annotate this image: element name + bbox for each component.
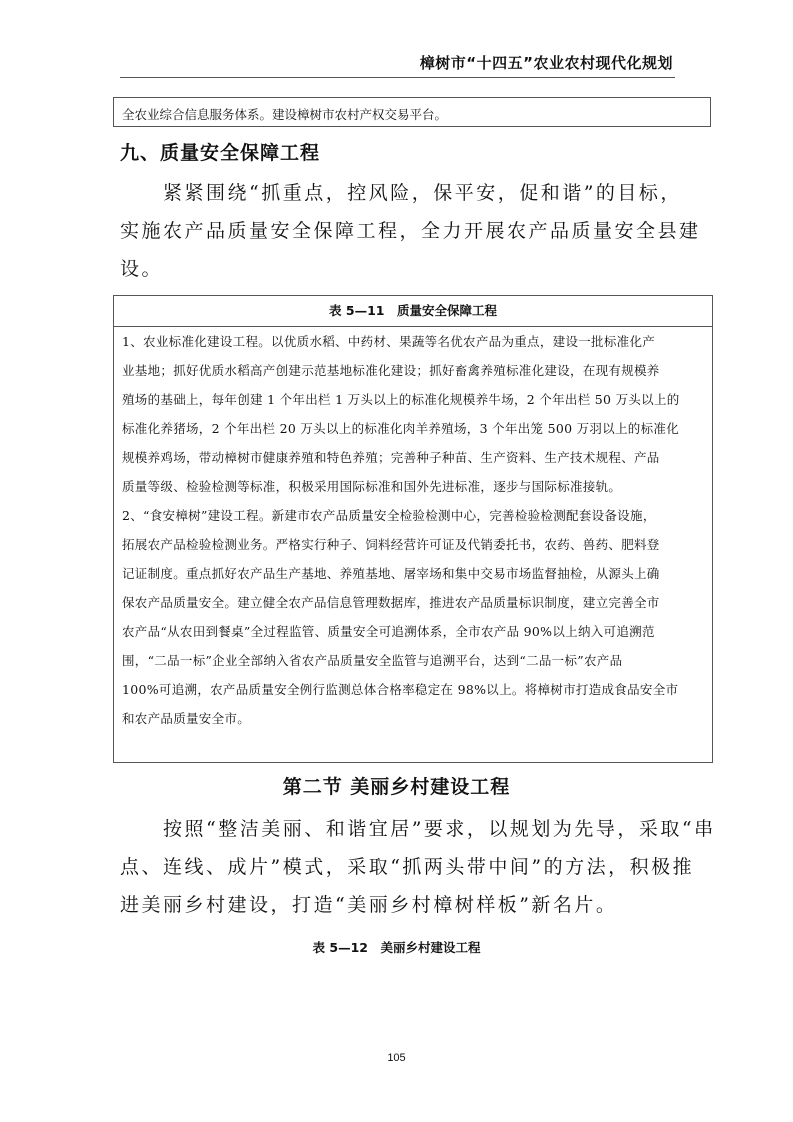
paragraph-line: 紧紧围绕“抓重点，控风险，保平安，促和谐”的目标， [120,174,680,212]
paragraph-line: 实施农产品质量安全保障工程，全力开展农产品质量安全县建 [120,212,680,250]
table-line: 拓展农产品检验检测业务。严格实行种子、饲料经营许可证及代销委托书，农药、兽药、肥… [122,530,704,559]
table-caption: 表 5—11 质量安全保障工程 [114,296,712,327]
table-5-11: 表 5—11 质量安全保障工程 1、农业标准化建设工程。以优质水稻、中药材、果蔬… [113,295,713,763]
paragraph-line: 进美丽乡村建设，打造“美丽乡村樟树样板”新名片。 [120,886,680,924]
table-line: 围，“二品一标”企业全部纳入省农产品质量安全监管与追溯平台，达到“二品一标”农产… [122,646,704,675]
table-line: 2、“食安樟树”建设工程。新建市农产品质量安全检验检测中心，完善检验检测配套设备… [122,501,704,530]
section-two-paragraph: 按照“整洁美丽、和谐宜居”要求，以规划为先导，采取“串 点、连线、成片”模式，采… [120,810,680,924]
table-line: 1、农业标准化建设工程。以优质水稻、中药材、果蔬等名优农产品为重点，建设一批标准… [122,327,704,356]
header-divider [120,77,675,78]
paragraph-line: 按照“整洁美丽、和谐宜居”要求，以规划为先导，采取“串 [120,810,680,848]
section-heading-beautiful-village: 第二节 美丽乡村建设工程 [0,772,793,799]
table-line: 记证制度。重点抓好农产品生产基地、养殖基地、屠宰场和集中交易市场监督抽检，从源头… [122,559,704,588]
table-line: 和农产品质量安全市。 [122,704,704,733]
table-line: 标准化养猪场，2 个年出栏 20 万头以上的标准化肉羊养殖场，3 个年出笼 50… [122,414,704,443]
previous-table-continuation: 全农业综合信息服务体系。建设樟树市农村产权交易平台。 [113,97,711,127]
table-line: 殖场的基础上，每年创建 1 个年出栏 1 万头以上的标准化规模养牛场，2 个年出… [122,385,704,414]
section-nine-paragraph: 紧紧围绕“抓重点，控风险，保平安，促和谐”的目标， 实施农产品质量安全保障工程，… [120,174,680,288]
document-header-title: 樟树市“十四五”农业农村现代化规划 [420,52,673,73]
paragraph-line: 设。 [120,250,680,288]
table-line: 100%可追溯，农产品质量安全例行监测总体合格率稳定在 98%以上。将樟树市打造… [122,675,704,704]
page-number: 105 [0,1052,793,1064]
table-line: 保农产品质量安全。建立健全农产品信息管理数据库，推进农产品质量标识制度，建立完善… [122,588,704,617]
table-line: 质量等级、检验检测等标准，积极采用国际标准和国外先进标准，逐步与国际标准接轨。 [122,472,704,501]
section-heading-quality-safety: 九、质量安全保障工程 [120,138,320,165]
table-5-12-caption: 表 5—12 美丽乡村建设工程 [0,938,793,956]
table-body: 1、农业标准化建设工程。以优质水稻、中药材、果蔬等名优农产品为重点，建设一批标准… [114,327,712,733]
table-line: 业基地；抓好优质水稻高产创建示范基地标准化建设；抓好畜禽养殖标准化建设，在现有规… [122,356,704,385]
table-line: 规模养鸡场，带动樟树市健康养殖和特色养殖；完善种子种苗、生产资料、生产技术规程、… [122,443,704,472]
paragraph-line: 点、连线、成片”模式，采取“抓两头带中间”的方法，积极推 [120,848,680,886]
table-line: 农产品“从农田到餐桌”全过程监管、质量安全可追溯体系，全市农产品 90%以上纳入… [122,617,704,646]
previous-table-text: 全农业综合信息服务体系。建设樟树市农村产权交易平台。 [122,105,447,123]
